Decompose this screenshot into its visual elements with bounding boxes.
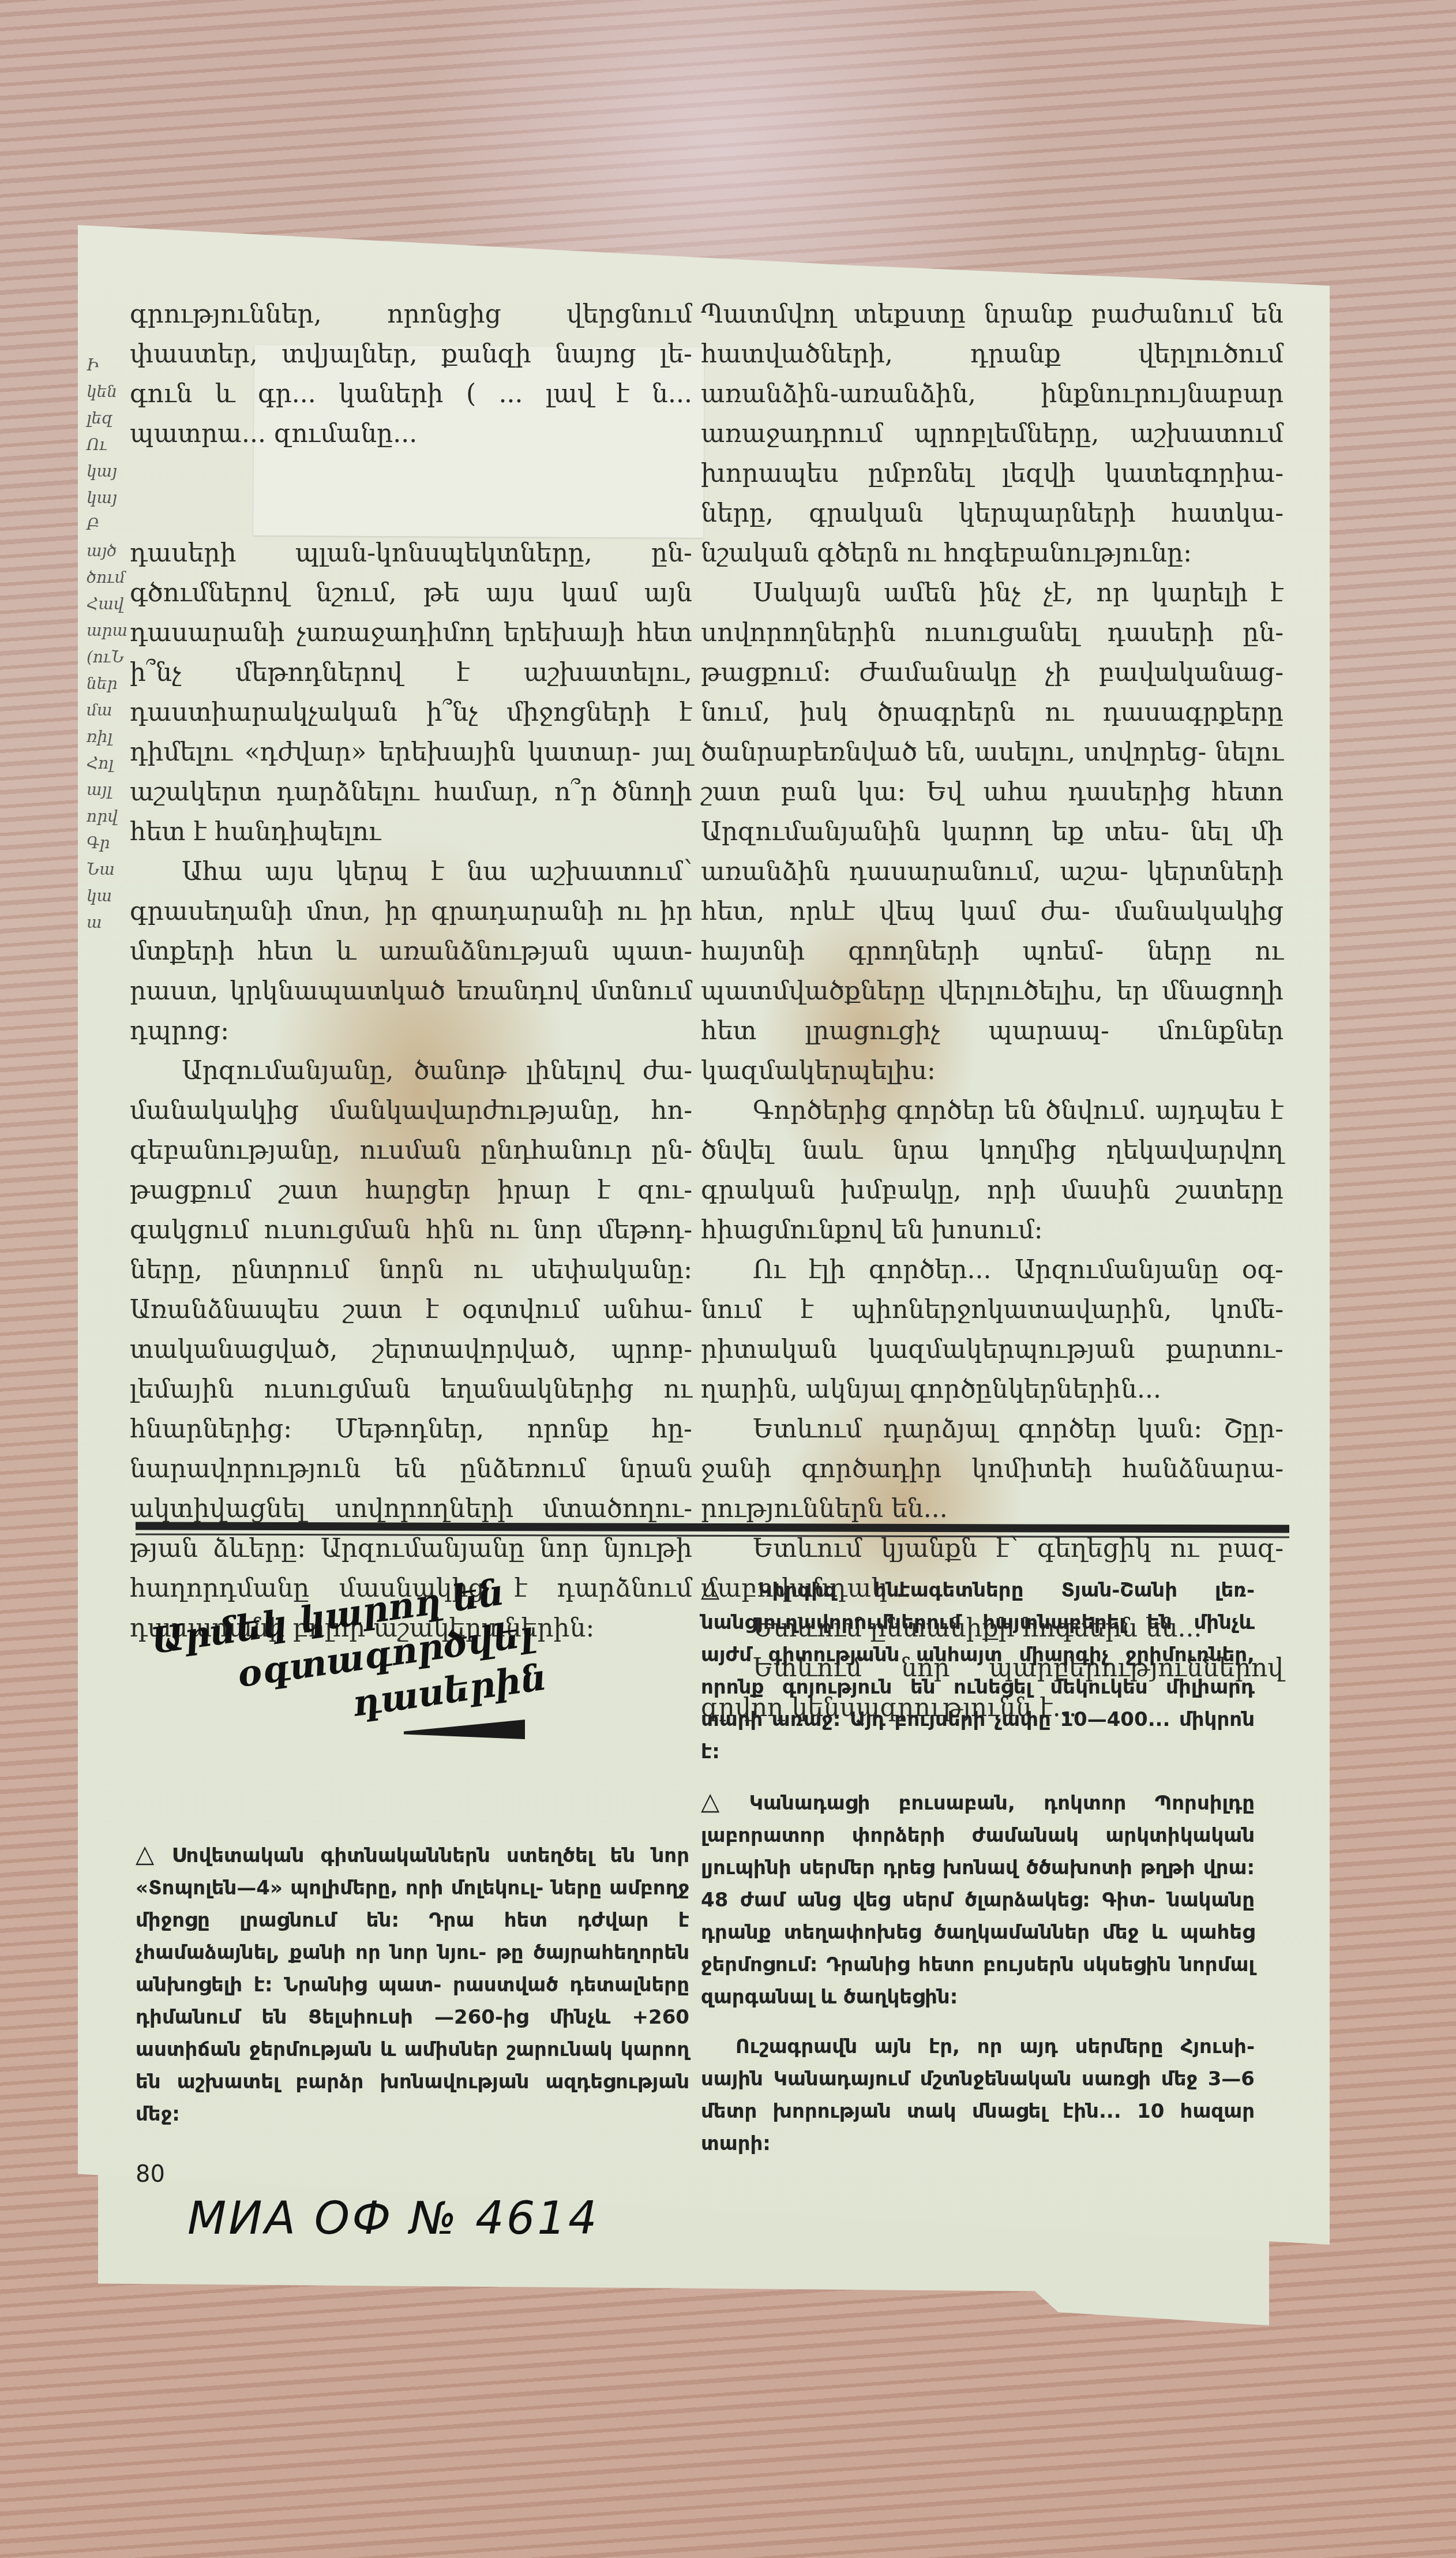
fragment: Ի bbox=[87, 352, 127, 379]
fragment: ա bbox=[87, 909, 127, 936]
paragraph: գրություններ, որոնցից վերցնում փաստեր, տ… bbox=[130, 294, 692, 533]
triangle-icon: △ bbox=[701, 1787, 741, 1815]
fragment: Հոլ bbox=[87, 750, 127, 777]
news-note: △Կանադացի բուսաբան, դոկտոր Պորսիլդը լաբո… bbox=[701, 1785, 1255, 2013]
triangle-icon: △ bbox=[701, 1574, 750, 1602]
paragraph: Սակայն ամեն ինչ չէ, որ կարելի է սովորողն… bbox=[701, 573, 1284, 1091]
page-number: 80 bbox=[136, 2161, 165, 2188]
fragment: որվ bbox=[87, 803, 127, 830]
fragment: ներ bbox=[87, 671, 127, 697]
article-column-right: Պատմվող տեքստը նրանք բաժանում են հատվածն… bbox=[701, 294, 1284, 1728]
fragment: Հավ bbox=[87, 591, 127, 617]
paragraph: Գործերից գործեր են ծնվում. այդպես է ծնվե… bbox=[701, 1091, 1284, 1250]
paragraph: Պատմվող տեքստը նրանք բաժանում են հատվածն… bbox=[701, 294, 1284, 573]
fragment: այլ bbox=[87, 777, 127, 803]
fragment: Բ bbox=[87, 511, 127, 538]
fragment: կա bbox=[87, 883, 127, 909]
fragment: այծ bbox=[87, 538, 127, 564]
paragraph: Ահա այս կերպ է նա աշխատում՝ գրասեղանի մո… bbox=[130, 852, 692, 1051]
news-note: △Սովետական գիտնականներն ստեղծել են նոր «… bbox=[136, 1838, 689, 2130]
fragment: կեն bbox=[87, 379, 127, 405]
fragment: լեզ bbox=[87, 405, 127, 432]
fragment: ծում bbox=[87, 564, 127, 591]
fragment: արա bbox=[87, 617, 127, 644]
fragment: մա bbox=[87, 697, 127, 724]
fragment: Նա bbox=[87, 856, 127, 883]
notes-right: △Կիրգիզ հնէագետները Տյան-Շանի լեռ- նանցյ… bbox=[701, 1572, 1255, 2177]
fragment: Ու bbox=[87, 432, 127, 458]
fragment: կայ bbox=[87, 458, 127, 485]
fragment: ռիլ bbox=[87, 724, 127, 750]
paragraph: դասերի պլան-կոնսպեկտները, ըն- գծումներով… bbox=[130, 533, 692, 852]
fragment: կայ bbox=[87, 485, 127, 511]
triangle-icon: △ bbox=[136, 1840, 164, 1868]
notes-left: △Սովետական գիտնականներն ստեղծել են նոր «… bbox=[136, 1838, 689, 2148]
paragraph: Ու էլի գործեր... Արզումանյանը օգ- նում է… bbox=[701, 1250, 1284, 1409]
paragraph: Արզումանյանը, ծանոթ լինելով ժա- մանակակի… bbox=[130, 1051, 692, 1648]
margin-fragments: Ի կեն լեզ Ու կայ կայ Բ այծ ծում Հավ արա … bbox=[87, 352, 127, 936]
news-note: Ուշագրավն այն էր, որ այդ սերմերը Հյուսի-… bbox=[701, 2031, 1255, 2160]
news-note: △Կիրգիզ հնէագետները Տյան-Շանի լեռ- նանցյ… bbox=[701, 1572, 1255, 1768]
archive-code-handwritten: МИА ОФ № 4614 bbox=[187, 2193, 599, 2245]
fragment: Գր bbox=[87, 830, 127, 856]
article-column-left: գրություններ, որոնցից վերցնում փաստեր, տ… bbox=[130, 294, 692, 1648]
fragment: (ուՆ bbox=[87, 644, 127, 671]
paragraph: Ետևում դարձյալ գործեր կան: Շըր- ջանի գոր… bbox=[701, 1409, 1284, 1529]
